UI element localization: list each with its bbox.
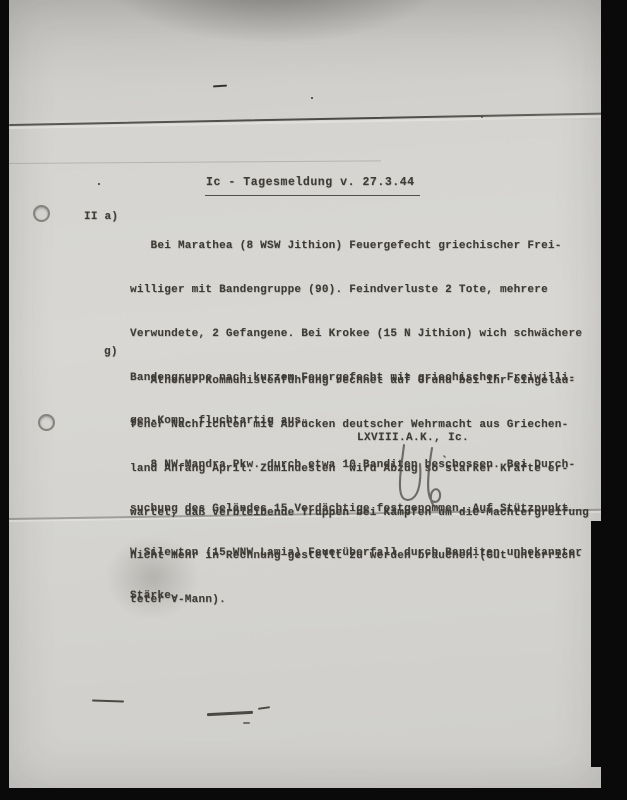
section-g-body: Athener Kommunistenführung rechnet auf G… xyxy=(130,345,589,637)
overlapping-sheet-shadow xyxy=(9,0,601,120)
text-line: wartet, daß verbleibende Truppen bei Käm… xyxy=(130,506,589,521)
ink-scratch xyxy=(243,722,250,724)
text-line: williger mit Bandengruppe (90). Feindver… xyxy=(130,283,582,298)
text-line: Verwundete, 2 Gefangene. Bei Krokee (15 … xyxy=(130,327,582,342)
text-line: land Anfang April. Zumindesten wird Abzu… xyxy=(130,462,589,477)
scanned-page: Ic - Tagesmeldung v. 27.3.44 II a) Bei M… xyxy=(0,0,627,800)
paper-speck xyxy=(481,116,483,118)
section-marker-IIa: II a) xyxy=(84,210,118,225)
scan-border-left xyxy=(0,0,9,800)
text-line: Bei Marathea (8 WSW Jithion) Feuergefech… xyxy=(130,239,582,254)
punch-hole xyxy=(38,414,55,431)
text-line: nicht mehr in Rechnung gestellt zu werde… xyxy=(130,549,589,564)
paper-speck xyxy=(311,97,313,99)
text-line: Athener Kommunistenführung rechnet auf G… xyxy=(130,374,589,389)
paper-speck xyxy=(98,183,100,185)
section-marker-g: g) xyxy=(104,345,118,360)
scan-border-right-lower xyxy=(591,521,627,767)
page-title: Ic - Tagesmeldung v. 27.3.44 xyxy=(205,176,420,196)
handwritten-signature-scribble xyxy=(394,442,452,510)
punch-hole xyxy=(33,205,50,222)
scan-border-bottom xyxy=(0,788,627,800)
text-line: teter V-Mann). xyxy=(130,593,589,608)
